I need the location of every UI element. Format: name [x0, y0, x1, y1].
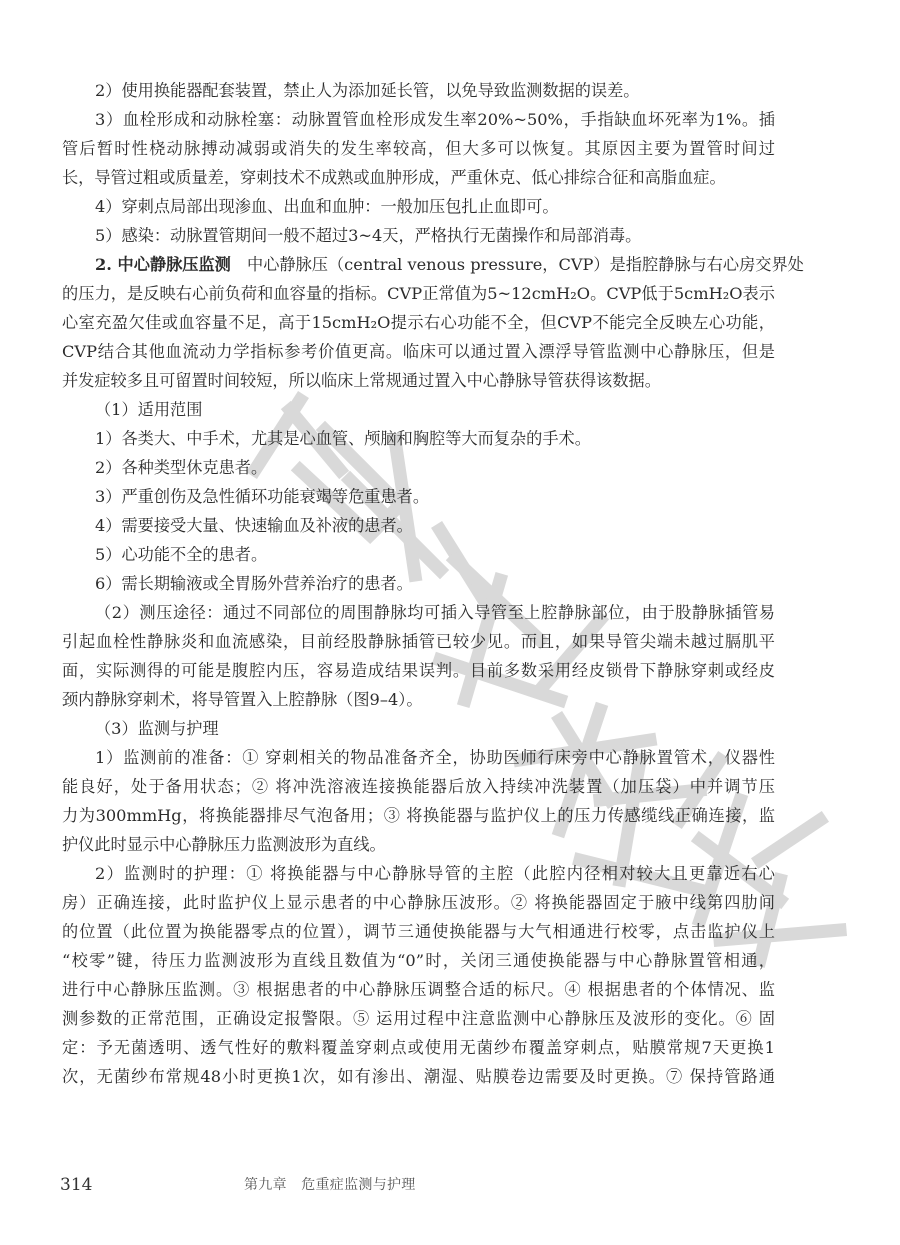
text-line: 测参数的正常范围，正确设定报警限。⑤ 运用过程中注意监测中心静脉压及波形的变化。… — [62, 1004, 775, 1033]
list-item: 2）各种类型休克患者。 — [62, 453, 775, 482]
text-line: 颈内静脉穿刺术，将导管置入上腔静脉（图9–4）。 — [62, 685, 775, 714]
page-number: 314 — [60, 1172, 92, 1198]
text-line: 2）监测时的护理：① 将换能器与中心静脉导管的主腔（此腔内径相对较大且更靠近右心 — [62, 859, 775, 888]
text-line: 次，无菌纱布常规48小时更换1次，如有渗出、潮湿、贴膜卷边需要及时更换。⑦ 保持… — [62, 1062, 775, 1091]
list-item: 6）需长期输液或全胃肠外营养治疗的患者。 — [62, 569, 775, 598]
text-line: 护仪此时显示中心静脉压力监测波形为直线。 — [62, 830, 775, 859]
text-line: 的压力，是反映右心前负荷和血容量的指标。CVP正常值为5~12cmH₂O。CVP… — [62, 279, 775, 308]
list-item: 5）心功能不全的患者。 — [62, 540, 775, 569]
page-body: 2）使用换能器配套装置，禁止人为添加延长管，以免导致监测数据的误差。 3）血栓形… — [62, 76, 775, 1091]
list-item: 3）严重创伤及急性循环功能衰竭等危重患者。 — [62, 482, 775, 511]
list-item: 1）各类大、中手术，尤其是心血管、颅脑和胸腔等大而复杂的手术。 — [62, 424, 775, 453]
text-line: 4）穿刺点局部出现渗血、出血和血肿：一般加压包扎止血即可。 — [62, 192, 775, 221]
text-line: 力为300mmHg，将换能器排尽气泡备用；③ 将换能器与监护仪上的压力传感缆线正… — [62, 801, 775, 830]
text-line: 面，实际测得的可能是腹腔内压，容易造成结果误判。目前多数采用经皮锁骨下静脉穿刺或… — [62, 656, 775, 685]
section-heading-line: 2. 中心静脉压监测 中心静脉压（central venous pressure… — [62, 250, 775, 279]
text-line: 1）监测前的准备：① 穿刺相关的物品准备齐全，协助医师行床旁中心静脉置管术，仪器… — [62, 743, 775, 772]
section-heading: 2. 中心静脉压监测 — [95, 255, 231, 274]
text-line: 5）感染：动脉置管期间一般不超过3~4天，严格执行无菌操作和局部消毒。 — [62, 221, 775, 250]
subsection-heading: （1）适用范围 — [62, 395, 775, 424]
text-line: 定：予无菌透明、透气性好的敷料覆盖穿刺点或使用无菌纱布覆盖穿刺点，贴膜常规7天更… — [62, 1033, 775, 1062]
text-line: CVP结合其他血流动力学指标参考价值更高。临床可以通过置入漂浮导管监测中心静脉压… — [62, 337, 775, 366]
text-line: 引起血栓性静脉炎和血流感染，目前经股静脉插管已较少见。而且，如果导管尖端未越过膈… — [62, 627, 775, 656]
text-line: “校零”键，待压力监测波形为直线且数值为“0”时，关闭三通使换能器与中心静脉置管… — [62, 946, 775, 975]
text-line: 并发症较多且可留置时间较短，所以临床上常规通过置入中心静脉导管获得该数据。 — [62, 366, 775, 395]
page-footer: 314 第九章 危重症监测与护理 — [0, 1172, 900, 1198]
text-line: 管后暂时性桡动脉搏动减弱或消失的发生率较高，但大多可以恢复。其原因主要为置管时间… — [62, 134, 775, 163]
subsection-heading: （3）监测与护理 — [62, 714, 775, 743]
text-line: 长，导管过粗或质量差，穿刺技术不成熟或血肿形成，严重休克、低心排综合征和高脂血症… — [62, 163, 775, 192]
text-line: 进行中心静脉压监测。③ 根据患者的中心静脉压调整合适的标尺。④ 根据患者的个体情… — [62, 975, 775, 1004]
running-chapter-title: 第九章 危重症监测与护理 — [244, 1172, 416, 1198]
text-line: 3）血栓形成和动脉栓塞：动脉置管血栓形成发生率20%~50%，手指缺血坏死率为1… — [62, 105, 775, 134]
text-line: 房）正确连接，此时监护仪上显示患者的中心静脉压波形。② 将换能器固定于腋中线第四… — [62, 888, 775, 917]
text-line: 心室充盈欠佳或血容量不足，高于15cmH₂O提示右心功能不全，但CVP不能完全反… — [62, 308, 775, 337]
list-item: 4）需要接受大量、快速输血及补液的患者。 — [62, 511, 775, 540]
text-line: 能良好，处于备用状态；② 将冲洗溶液连接换能器后放入持续冲洗装置（加压袋）中并调… — [62, 772, 775, 801]
section-text: 中心静脉压（central venous pressure，CVP）是指腔静脉与… — [231, 255, 804, 274]
text-line: 的位置（此位置为换能器零点的位置），调节三通使换能器与大气相通进行校零，点击监护… — [62, 917, 775, 946]
text-line: 2）使用换能器配套装置，禁止人为添加延长管，以免导致监测数据的误差。 — [62, 76, 775, 105]
subsection-paragraph: （2）测压途径：通过不同部位的周围静脉均可插入导管至上腔静脉部位，由于股静脉插管… — [62, 598, 775, 627]
